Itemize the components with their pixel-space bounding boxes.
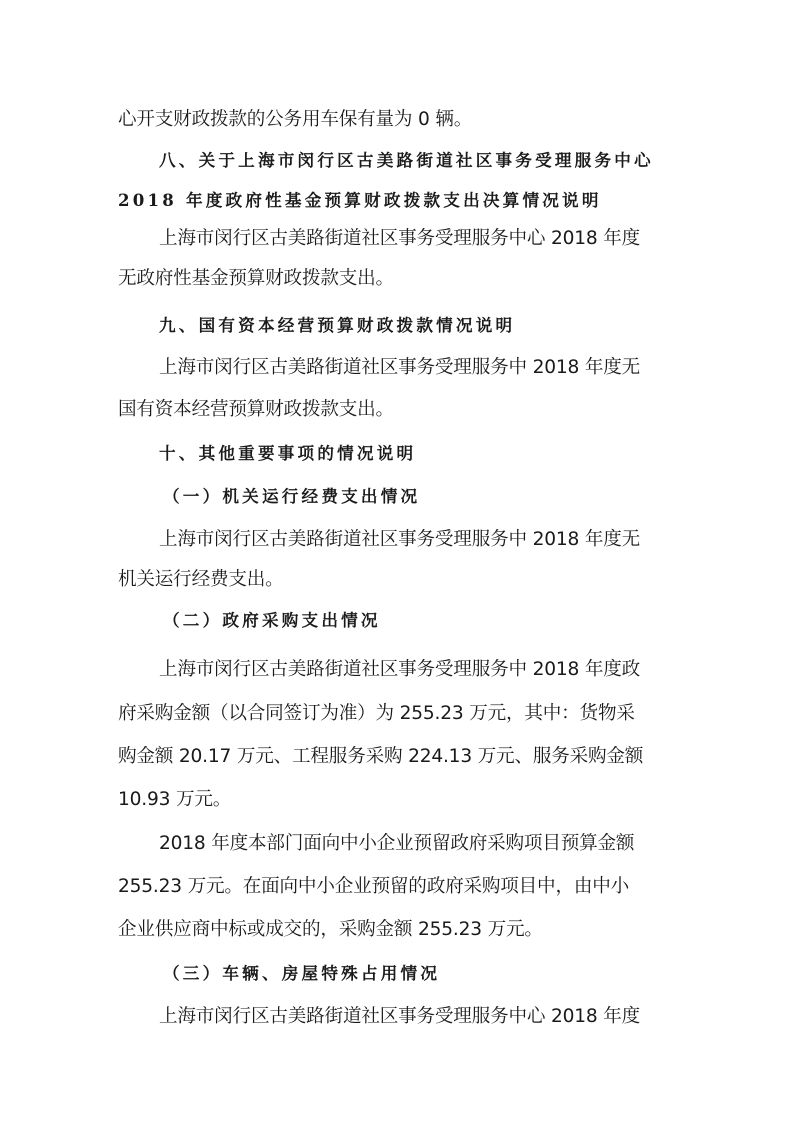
subsection-heading-1: （一）机关运行经费支出情况 — [163, 477, 420, 515]
section-heading-8-cont: 2018 年度政府性基金预算财政拨款支出决算情况说明 — [118, 181, 602, 219]
body-text-line: 上海市闵行区古美路街道社区事务受理服务中 2018 年度无 — [159, 521, 640, 559]
section-heading-10: 十、其他重要事项的情况说明 — [159, 434, 416, 472]
subsection-heading-2: （二）政府采购支出情况 — [163, 601, 381, 639]
body-text-line: 心开支财政拨款的公务用车保有量为 0 辆。 — [118, 101, 472, 139]
body-text-line: 无政府性基金预算财政拨款支出。 — [118, 260, 394, 298]
body-text-line: 上海市闵行区古美路街道社区事务受理服务中 2018 年度政 — [159, 651, 640, 689]
body-text-line: 购金额 20.17 万元、工程服务采购 224.13 万元、服务采购金额 — [118, 738, 643, 776]
body-text-line: 国有资本经营预算财政拨款支出。 — [118, 391, 394, 429]
body-text-line: 上海市闵行区古美路街道社区事务受理服务中心 2018 年度 — [159, 998, 640, 1036]
body-text-line: 10.93 万元。 — [118, 781, 231, 819]
body-text-line: 府采购金额（以合同签订为准）为 255.23 万元，其中：货物采 — [118, 695, 635, 733]
body-text-line: 机关运行经费支出。 — [118, 561, 284, 599]
body-text-line: 2018 年度本部门面向中小企业预留政府采购项目预算金额 — [159, 825, 634, 863]
body-text-line: 上海市闵行区古美路街道社区事务受理服务中 2018 年度无 — [159, 349, 640, 387]
section-heading-8: 八、关于上海市闵行区古美路街道社区事务受理服务中心 — [159, 141, 654, 179]
body-text-line: 255.23 万元。在面向中小企业预留的政府采购项目中，由中小 — [118, 868, 629, 906]
section-heading-9: 九、国有资本经营预算财政拨款情况说明 — [159, 306, 515, 344]
body-text-line: 上海市闵行区古美路街道社区事务受理服务中心 2018 年度 — [159, 220, 640, 258]
body-text-line: 企业供应商中标或成交的，采购金额 255.23 万元。 — [118, 911, 543, 949]
subsection-heading-3: （三）车辆、房屋特殊占用情况 — [163, 954, 440, 992]
